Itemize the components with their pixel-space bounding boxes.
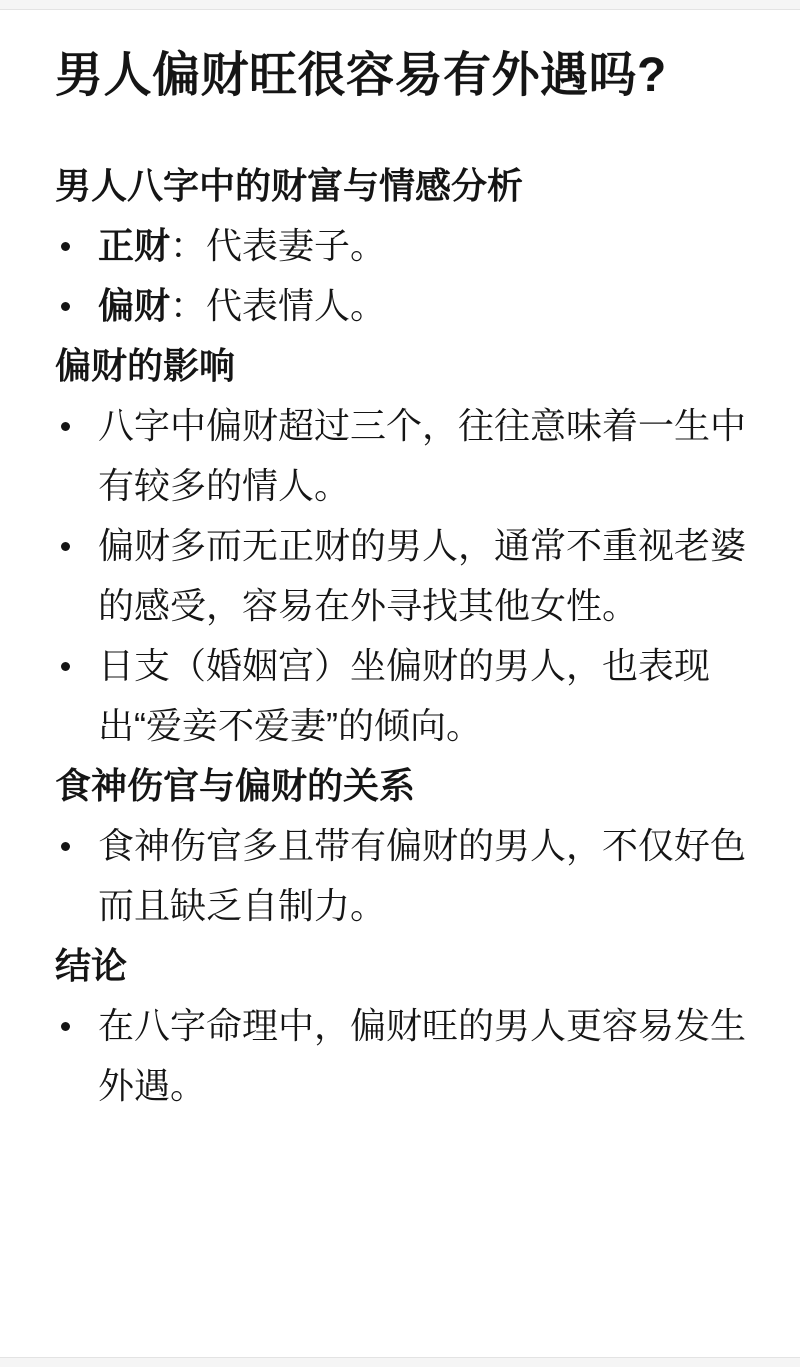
section-heading: 男人八字中的财富与情感分析 [55,156,745,216]
line-text: 而且缺乏自制力。 [98,885,386,926]
term-label: 正财 [98,225,170,266]
bullet-icon [55,396,98,431]
bullet-icon [55,996,98,1031]
bullet-icon [55,816,98,851]
article: 男人偏财旺很容易有外遇吗? 男人八字中的财富与情感分析正财：代表妻子。偏财：代表… [0,0,800,1116]
line-text: 有较多的情人。 [98,465,350,506]
line-text: 八字中偏财超过三个，往往意味着一生中 [98,405,746,446]
top-edge-strip [0,0,800,10]
line-text: 出“爱妾不爱妻”的倾向。 [98,705,482,746]
term-label: 偏财 [98,285,170,326]
list-item-text: 在八字命理中，偏财旺的男人更容易发生外遇。 [98,996,746,1116]
list-item-text: 日支（婚姻宫）坐偏财的男人，也表现出“爱妾不爱妻”的倾向。 [98,636,710,756]
section-heading: 食神伤官与偏财的关系 [55,756,745,816]
bullet-icon [55,216,98,251]
page: { "page": { "background": "#ffffff", "te… [0,0,800,1367]
list-item: 正财：代表妻子。 [55,216,745,276]
line-text: 日支（婚姻宫）坐偏财的男人，也表现 [98,645,710,686]
list-item-text: 偏财：代表情人。 [98,276,386,336]
list-item-text: 偏财多而无正财的男人，通常不重视老婆的感受，容易在外寻找其他女性。 [98,516,746,636]
article-body: 男人八字中的财富与情感分析正财：代表妻子。偏财：代表情人。偏财的影响八字中偏财超… [55,156,745,1116]
list-item: 日支（婚姻宫）坐偏财的男人，也表现出“爱妾不爱妻”的倾向。 [55,636,745,756]
line-text: 食神伤官多且带有偏财的男人，不仅好色 [98,825,746,866]
line-text: 的感受，容易在外寻找其他女性。 [98,585,638,626]
list-item-text: 正财：代表妻子。 [98,216,386,276]
bullet-icon [55,516,98,551]
line-text: 外遇。 [98,1065,206,1106]
line-text: 在八字命理中，偏财旺的男人更容易发生 [98,1005,746,1046]
list-item: 偏财多而无正财的男人，通常不重视老婆的感受，容易在外寻找其他女性。 [55,516,745,636]
bottom-edge-strip [0,1357,800,1367]
list-item-text: 食神伤官多且带有偏财的男人，不仅好色而且缺乏自制力。 [98,816,746,936]
line-text: 偏财多而无正财的男人，通常不重视老婆 [98,525,746,566]
section-heading: 偏财的影响 [55,336,745,396]
section-heading: 结论 [55,936,745,996]
bullet-icon [55,276,98,311]
list-item-text: 八字中偏财超过三个，往往意味着一生中有较多的情人。 [98,396,746,516]
page-title: 男人偏财旺很容易有外遇吗? [55,46,745,106]
bullet-icon [55,636,98,671]
list-item: 食神伤官多且带有偏财的男人，不仅好色而且缺乏自制力。 [55,816,745,936]
line-text: ：代表妻子。 [170,225,386,266]
line-text: ：代表情人。 [170,285,386,326]
list-item: 在八字命理中，偏财旺的男人更容易发生外遇。 [55,996,745,1116]
list-item: 偏财：代表情人。 [55,276,745,336]
list-item: 八字中偏财超过三个，往往意味着一生中有较多的情人。 [55,396,745,516]
